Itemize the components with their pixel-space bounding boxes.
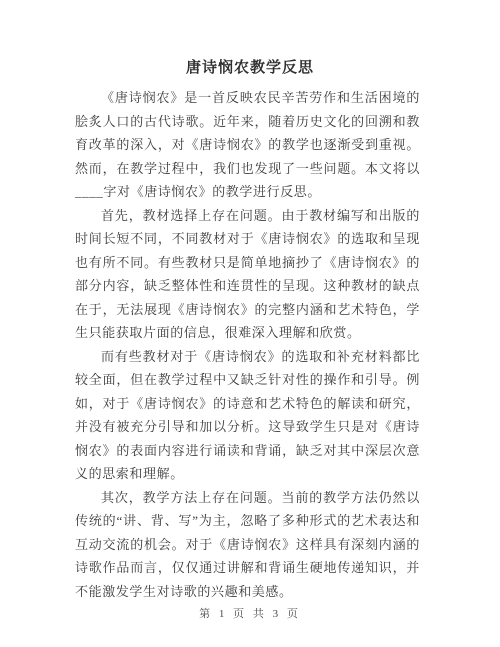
document-page: 唐诗悯农教学反思 《唐诗悯农》是一首反映农民辛苦劳作和生活困境的脍炙人口的古代诗…: [0, 0, 500, 647]
document-title: 唐诗悯农教学反思: [0, 0, 500, 77]
page-number-footer: 第 1 页 共 3 页: [0, 605, 500, 621]
paragraph-material-selection-issue: 首先，教材选择上存在问题。由于教材编写和出版的时间长短不同，不同教材对于《唐诗悯…: [75, 204, 420, 345]
paragraph-intro: 《唐诗悯农》是一首反映农民辛苦劳作和生活困境的脍炙人口的古代诗歌。近年来，随着历…: [75, 86, 420, 204]
document-body: 《唐诗悯农》是一首反映农民辛苦劳作和生活困境的脍炙人口的古代诗歌。近年来，随着历…: [75, 86, 420, 603]
paragraph-teaching-method-issue: 其次，教学方法上存在问题。当前的教学方法仍然以传统的“讲、背、写”为主，忽略了多…: [75, 486, 420, 604]
paragraph-guidance-issue: 而有些教材对于《唐诗悯农》的选取和补充材料都比较全面，但在教学过程中又缺乏针对性…: [75, 345, 420, 486]
